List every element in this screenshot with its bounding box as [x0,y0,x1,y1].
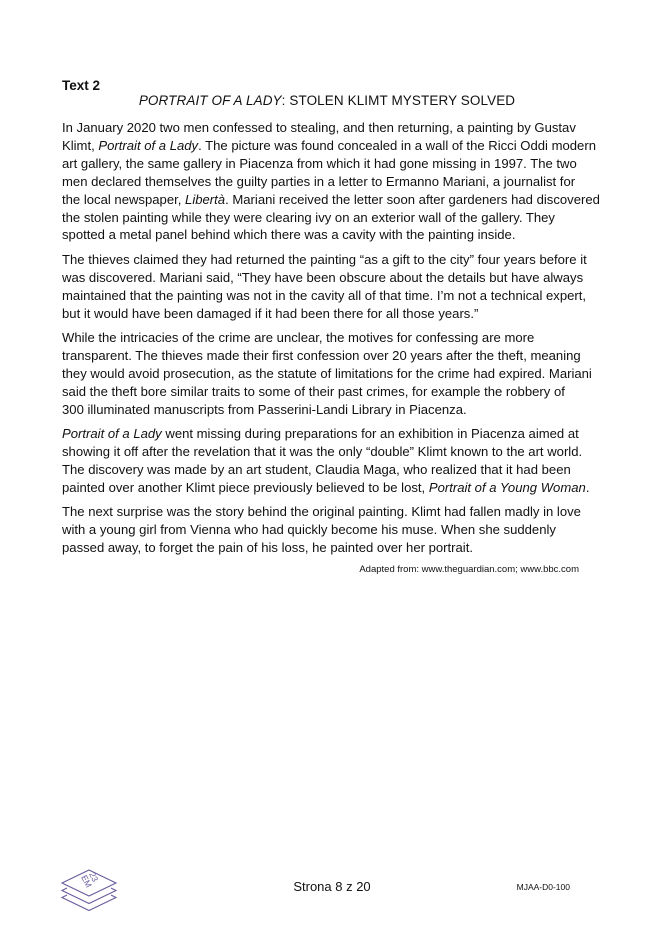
italic-title-text: Portrait of a Young Woman [429,480,586,495]
paragraph: The thieves claimed they had returned th… [62,251,592,323]
article-body: In January 2020 two men confessed to ste… [62,119,592,576]
text-line: 300 illuminated manuscripts from Passeri… [62,401,592,419]
paragraph: While the intricacies of the crime are u… [62,329,592,419]
text-line: Klimt, Portrait of a Lady. The picture w… [62,137,592,155]
text-run: the stolen painting while they were clea… [62,210,555,225]
text-line: showing it off after the revelation that… [62,443,592,461]
text-run: . The picture was found concealed in a w… [198,138,596,153]
text-line: painted over another Klimt piece previou… [62,479,592,497]
exam-page: Text 2 PORTRAIT OF A LADY: STOLEN KLIMT … [0,0,664,938]
text-run: . Mariani received the letter soon after… [225,192,600,207]
paragraph: In January 2020 two men confessed to ste… [62,119,592,244]
text-line: The next surprise was the story behind t… [62,503,592,521]
text-run: spotted a metal panel behind which there… [62,227,515,242]
italic-title-text: Portrait of a Lady [62,426,162,441]
text-line: transparent. The thieves made their firs… [62,347,592,365]
paragraphs: In January 2020 two men confessed to ste… [62,119,592,557]
text-line: The thieves claimed they had returned th… [62,251,592,269]
text-run: the local newspaper, [62,192,185,207]
exam-code: MJAA-D0-100 [517,881,570,893]
article-title-rest: : STOLEN KLIMT MYSTERY SOLVED [282,93,515,108]
text-run: maintained that the painting was not in … [62,288,586,303]
text-line: spotted a metal panel behind which there… [62,226,592,244]
text-run: with a young girl from Vienna who had qu… [62,522,556,537]
text-line: men declared themselves the guilty parti… [62,173,592,191]
text-line: maintained that the painting was not in … [62,287,592,305]
text-run: was discovered. Mariani said, “They have… [62,270,583,285]
article-title-italic: PORTRAIT OF A LADY [139,93,282,108]
text-run: The next surprise was the story behind t… [62,504,581,519]
text-line: The discovery was made by an art student… [62,461,592,479]
text-line: said the theft bore similar traits to so… [62,383,592,401]
text-run: . [586,480,590,495]
italic-title-text: Portrait of a Lady [98,138,198,153]
italic-title-text: Libertà [185,192,225,207]
text-line: the stolen painting while they were clea… [62,209,592,227]
text-run: The discovery was made by an art student… [62,462,571,477]
text-run: said the theft bore similar traits to so… [62,384,565,399]
paragraph: Portrait of a Lady went missing during p… [62,425,592,497]
text-run: transparent. The thieves made their firs… [62,348,581,363]
text-run: 300 illuminated manuscripts from Passeri… [62,402,467,417]
text-line: with a young girl from Vienna who had qu… [62,521,592,539]
text-run: went missing during preparations for an … [162,426,579,441]
text-run: passed away, to forget the pain of his l… [62,540,473,555]
text-run: men declared themselves the guilty parti… [62,174,575,189]
text-line: they would avoid prosecution, as the sta… [62,365,592,383]
text-run: painted over another Klimt piece previou… [62,480,429,495]
text-run: While the intricacies of the crime are u… [62,330,534,345]
text-line: was discovered. Mariani said, “They have… [62,269,592,287]
text-run: they would avoid prosecution, as the sta… [62,366,592,381]
text-run: but it would have been damaged if it had… [62,306,478,321]
text-run: art gallery, the same gallery in Piacenz… [62,156,577,171]
text-run: showing it off after the revelation that… [62,444,582,459]
text-run: The thieves claimed they had returned th… [62,252,587,267]
paragraph: The next surprise was the story behind t… [62,503,592,557]
text-line: While the intricacies of the crime are u… [62,329,592,347]
text-run: Klimt, [62,138,98,153]
text-line: In January 2020 two men confessed to ste… [62,119,592,137]
text-run: In January 2020 two men confessed to ste… [62,120,576,135]
text-line: passed away, to forget the pain of his l… [62,539,592,557]
text-line: Portrait of a Lady went missing during p… [62,425,592,443]
source-attribution: Adapted from: www.theguardian.com; www.b… [62,563,592,576]
article-title: PORTRAIT OF A LADY: STOLEN KLIMT MYSTERY… [62,92,592,110]
text-line: but it would have been damaged if it had… [62,305,592,323]
text-line: art gallery, the same gallery in Piacenz… [62,155,592,173]
text-line: the local newspaper, Libertà. Mariani re… [62,191,592,209]
